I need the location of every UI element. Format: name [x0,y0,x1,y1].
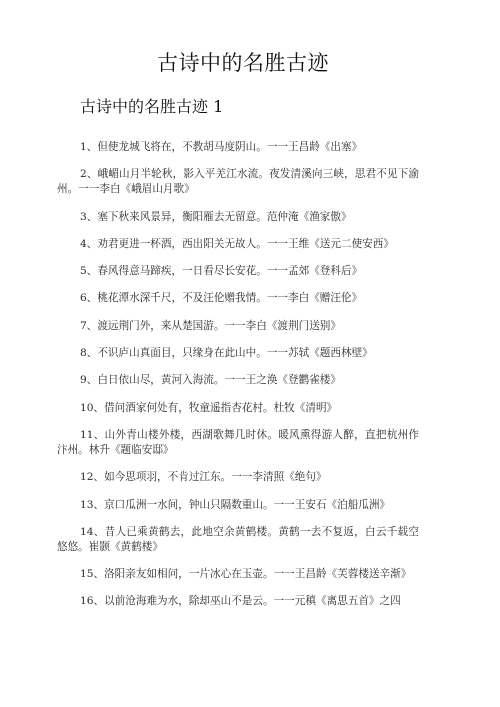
list-item: 5、春风得意马蹄疾，一日看尽长安花。一一孟郊《登科后》 [57,264,419,279]
document-page: 古诗中的名胜古迹 古诗中的名胜古迹 1 1、但使龙城飞将在，不教胡马度阴山。一一… [0,0,500,707]
list-item: 15、洛阳亲友如相问，一片冰心在玉壶。一一王昌龄《芙蓉楼送辛渐》 [57,567,419,582]
list-item: 13、京口瓜洲一水间，钟山只隔数重山。一一王安石《泊船瓜洲》 [57,498,419,513]
list-item: 10、借问酒家何处有，牧童遥指杏花村。杜牧《清明》 [57,401,419,416]
list-item: 11、山外青山楼外楼，西湖歌舞几时休。暖风熏得游人醉，直把杭州作汴州。林升《题临… [57,428,419,458]
poem-list: 1、但使龙城飞将在，不教胡马度阴山。一一王昌龄《出塞》 2、峨嵋山月半轮秋，影入… [57,140,419,622]
section-heading: 古诗中的名胜古迹 1 [80,96,223,118]
list-item: 9、白日依山尽，黄河入海流。一一王之涣《登鹳雀楼》 [57,373,419,388]
list-item: 3、塞下秋来风景异，衡阳雁去无留意。范仲淹《渔家傲》 [57,210,419,225]
list-item: 2、峨嵋山月半轮秋，影入平羌江水流。夜发清溪向三峡，思君不见下渝州。一一李白《峨… [57,167,419,197]
list-item: 16、以前沧海难为水，除却巫山不是云。一一元稹《离思五首》之四 [57,594,419,609]
list-item: 14、昔人已乘黄鹤去，此地空余黄鹤楼。黄鹤一去不复返，白云千载空悠悠。崔颢《黄鹤… [57,525,419,555]
list-item: 12、如今思项羽，不肯过江东。一一李清照《绝句》 [57,470,419,485]
list-item: 4、劝君更进一杯酒，西出阳关无故人。一一王维《送元二使安西》 [57,237,419,252]
list-item: 7、渡远荆门外，来从楚国游。一一李白《渡荆门送别》 [57,319,419,334]
document-title: 古诗中的名胜古迹 [0,49,486,77]
list-item: 8、不识庐山真面目，只缘身在此山中。一一苏轼《题西林壁》 [57,346,419,361]
list-item: 6、桃花潭水深千尺，不及汪伦赠我情。一一李白《赠汪伦》 [57,291,419,306]
list-item: 1、但使龙城飞将在，不教胡马度阴山。一一王昌龄《出塞》 [57,140,419,155]
